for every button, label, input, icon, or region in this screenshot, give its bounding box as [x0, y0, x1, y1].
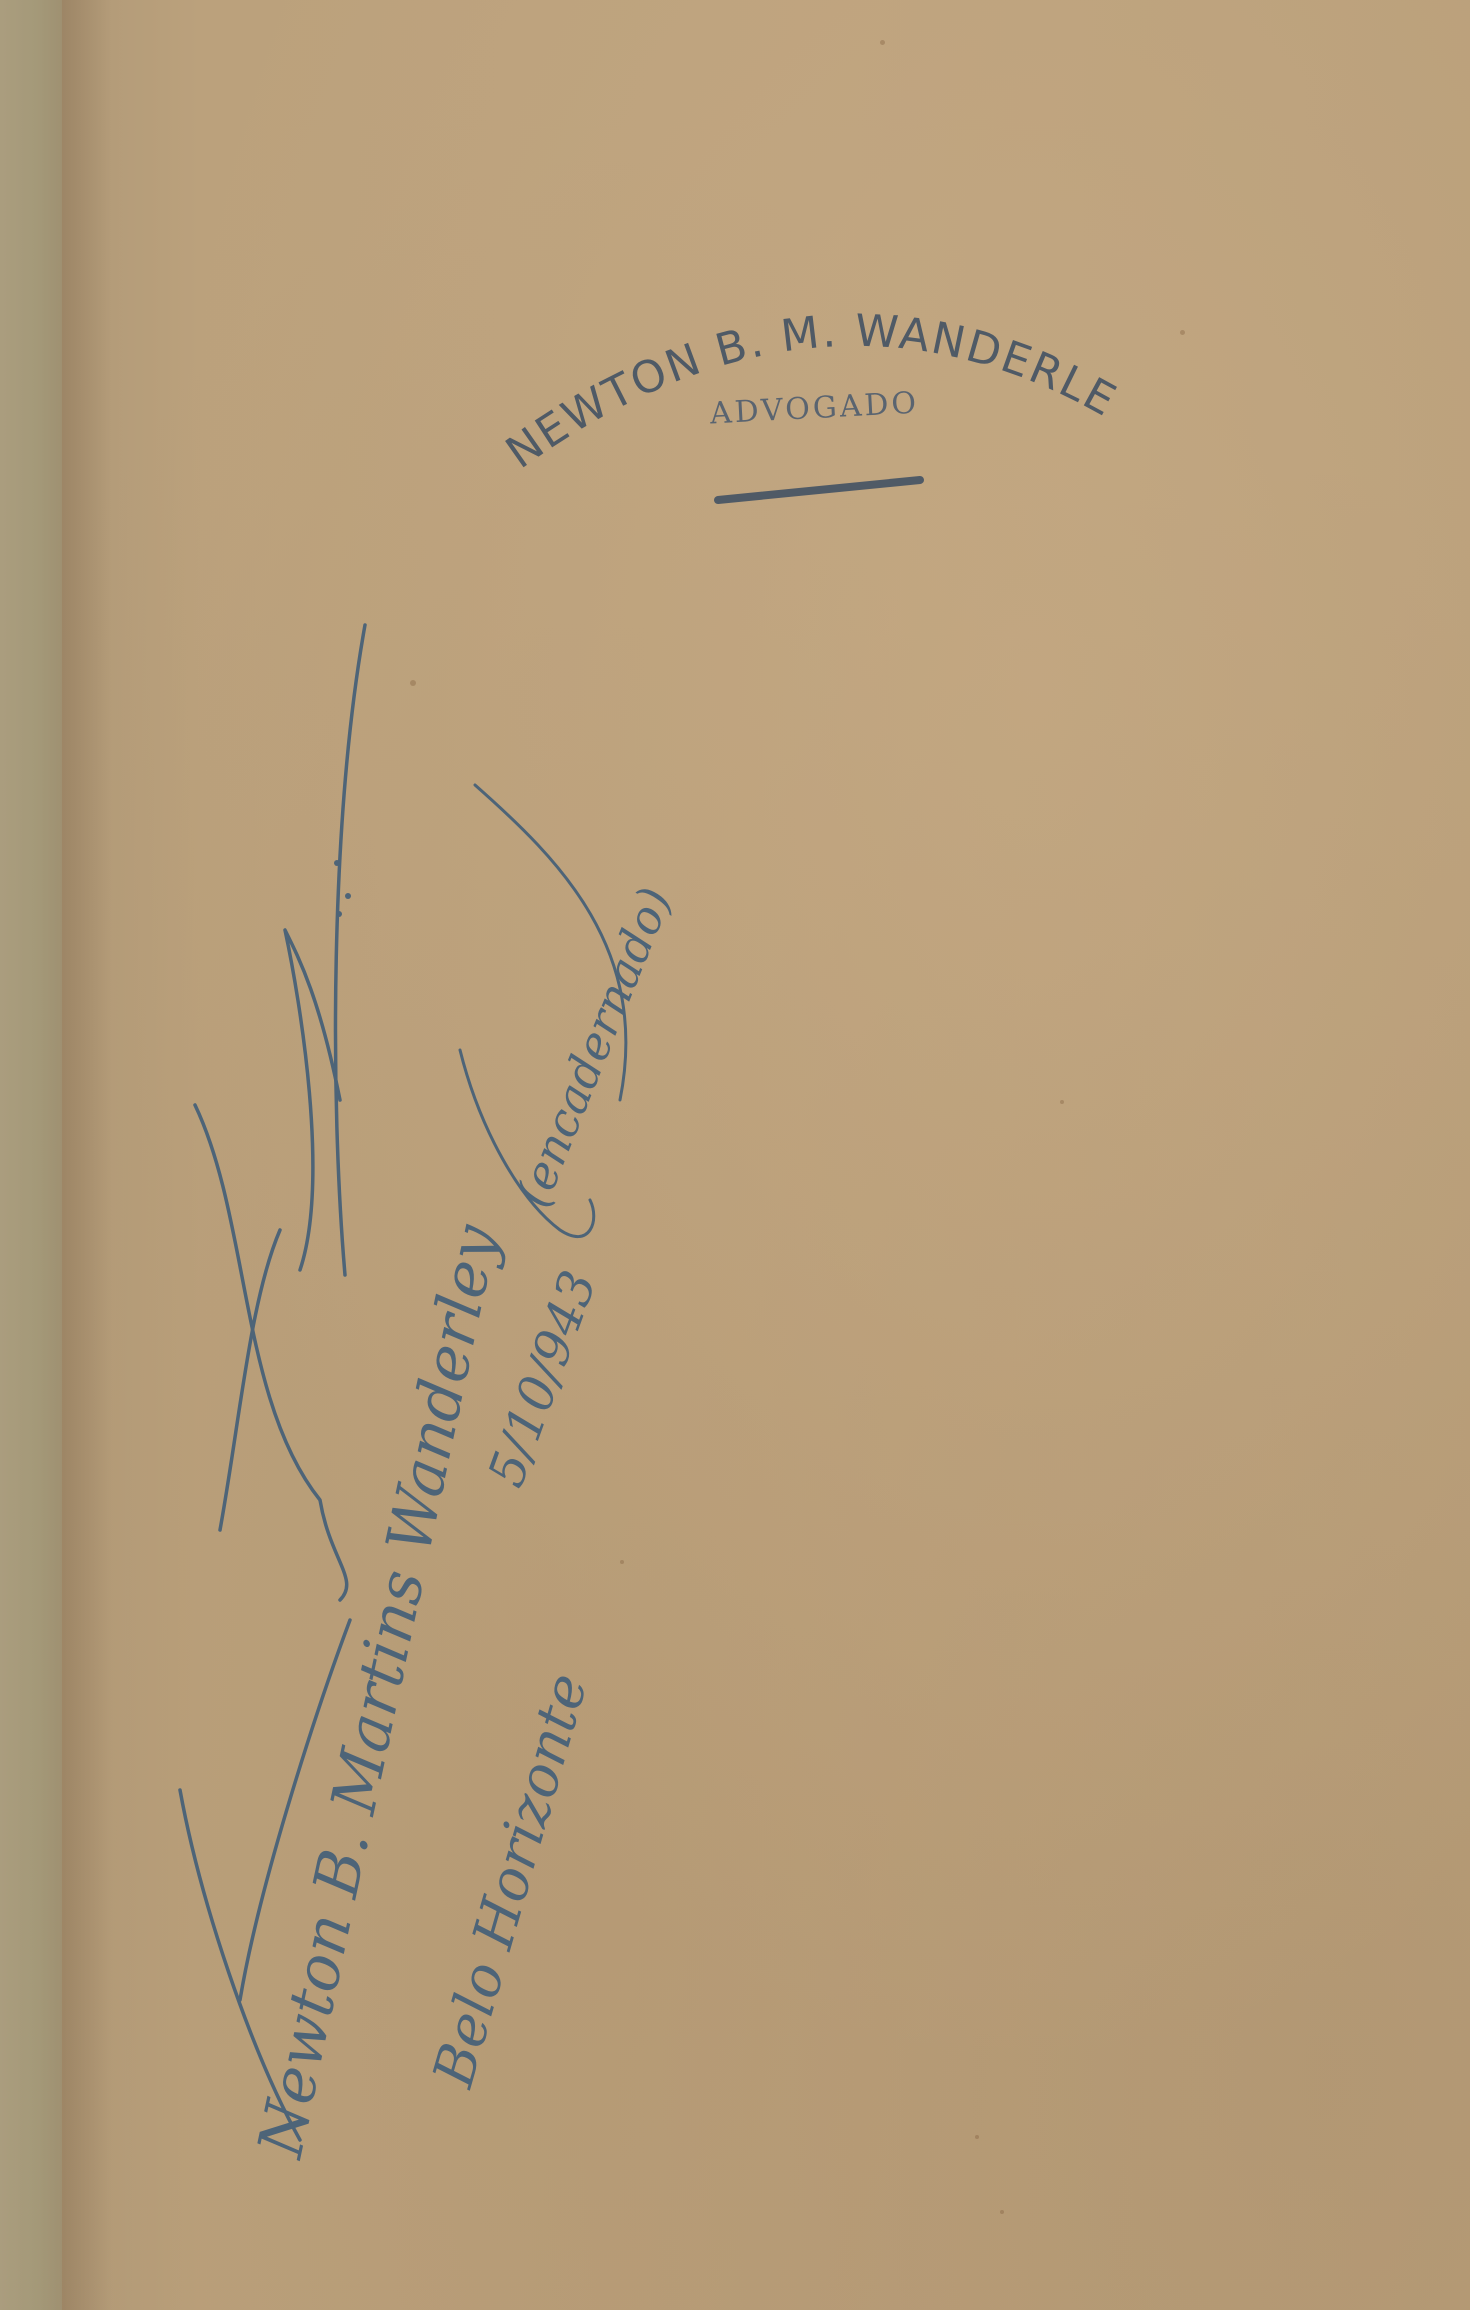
document-page: NEWTON B. M. WANDERLEY ADVOGADO Newton B… — [0, 0, 1470, 2310]
ink-dot — [345, 893, 351, 899]
ink-dot — [334, 860, 340, 866]
stamp-title: ADVOGADO — [708, 386, 920, 432]
stamp-and-inscription-layer: NEWTON B. M. WANDERLEY ADVOGADO Newton B… — [0, 0, 1470, 2310]
stamp-underline — [718, 480, 920, 500]
note-line: (encadernado) — [505, 880, 682, 1214]
ink-dot — [336, 911, 342, 917]
place-line: Belo Horizonte — [421, 1667, 601, 2095]
stamp-name: NEWTON B. M. WANDERLEY — [0, 0, 1125, 479]
lawyer-stamp: NEWTON B. M. WANDERLEY ADVOGADO — [0, 0, 1125, 500]
